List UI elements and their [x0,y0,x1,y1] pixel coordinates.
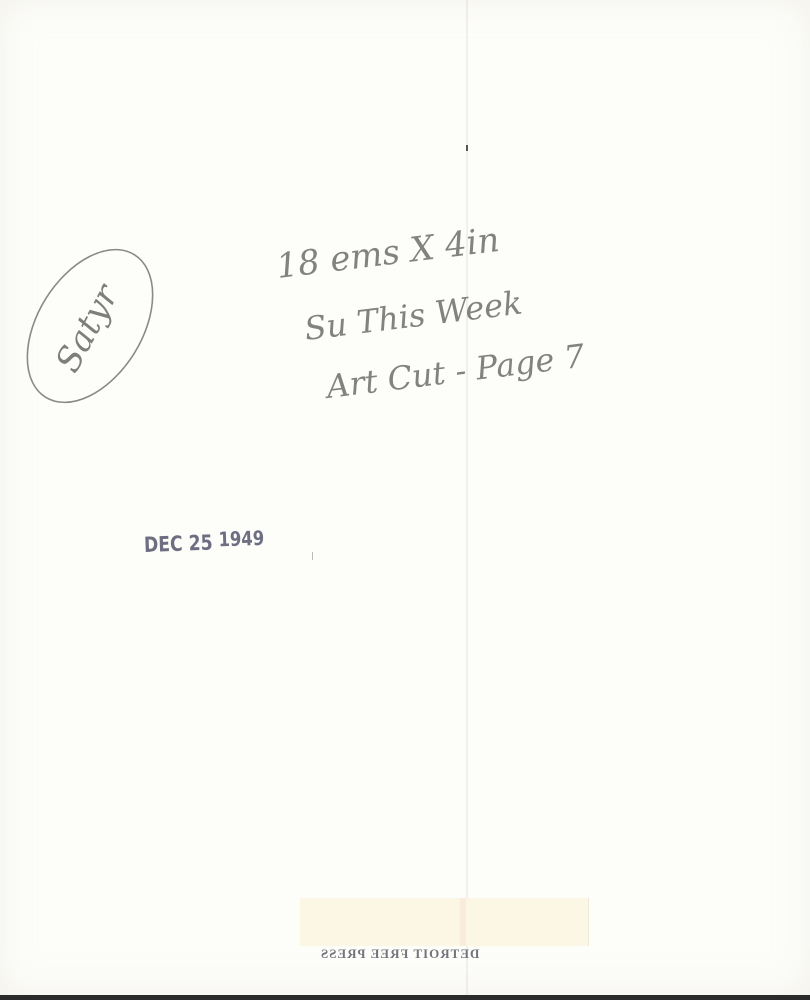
date-stamp: DEC 25 1949 [144,529,265,557]
handwritten-instructions: 18 ems X 4in Su This Week Art Cut - Page… [270,228,620,403]
oval-pencil-note: Satyr [20,238,160,414]
handwritten-line-2: Su This Week [302,284,524,348]
date-stamp-year: 1949 [218,526,264,552]
tape-strip [300,898,589,946]
handwritten-line-1: 18 ems X 4in [274,228,501,287]
publisher-stamp-mirrored: DETROIT FREE PRESS [320,946,479,962]
oval-note-text: Satyr [48,277,128,379]
date-stamp-day: DEC 25 [144,531,213,557]
handwritten-line-3: Art Cut - Page 7 [321,336,587,403]
paper-speck [312,552,313,560]
photo-back-sheet: Satyr 18 ems X 4in Su This Week Art Cut … [0,0,810,995]
paper-speck [466,145,468,151]
